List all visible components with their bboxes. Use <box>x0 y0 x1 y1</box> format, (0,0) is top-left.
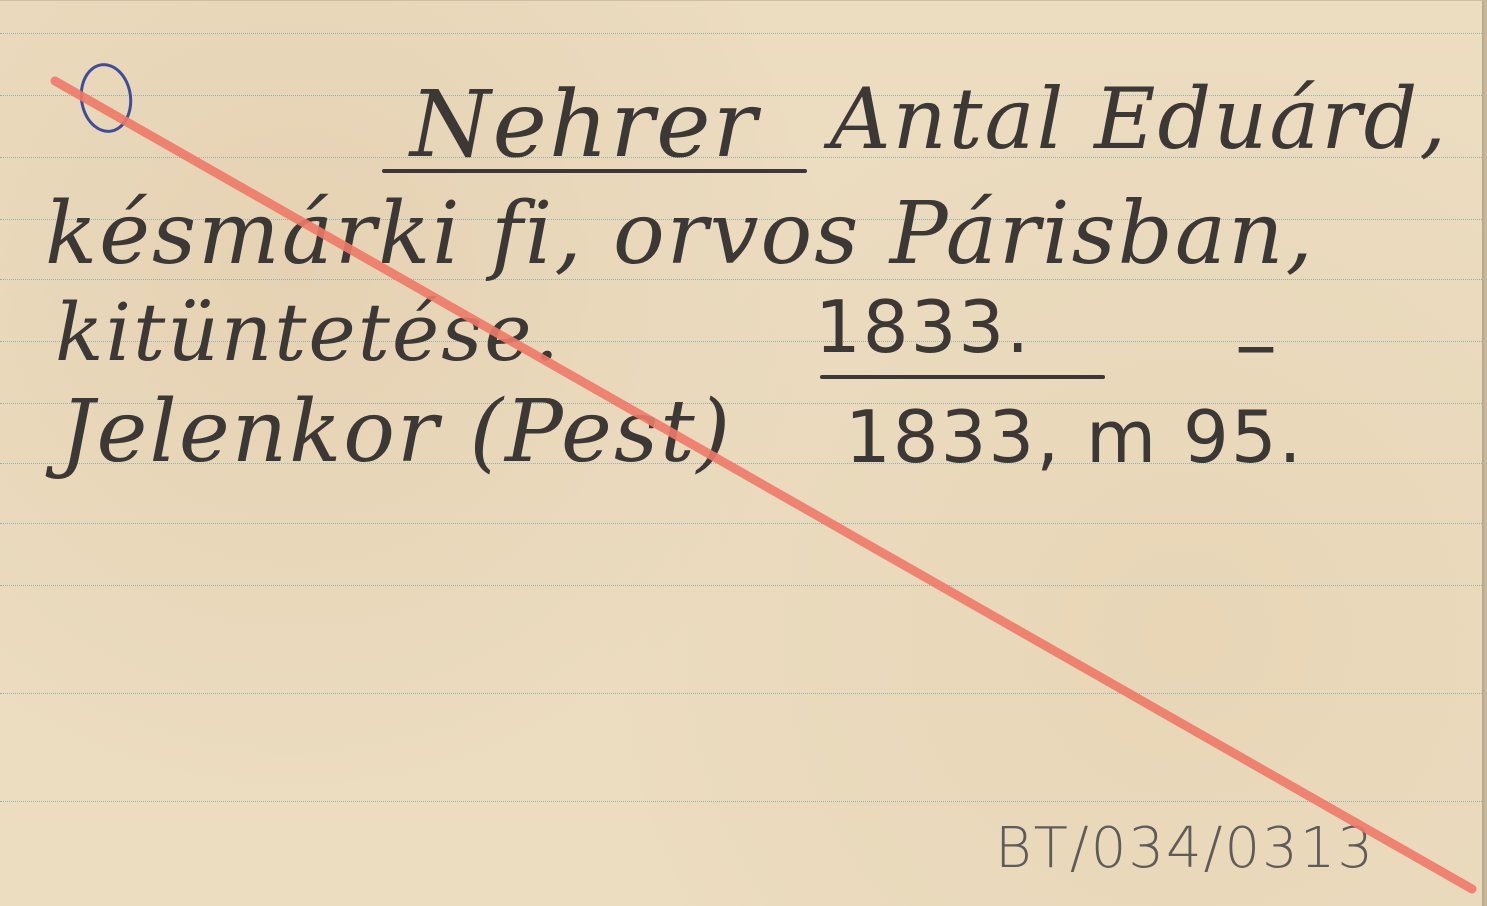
entry-year: 1833. <box>815 291 1031 363</box>
ruled-line <box>0 585 1482 586</box>
ruled-line <box>0 33 1482 34</box>
entry-line-3: kitüntetése. <box>55 293 561 373</box>
catalog-number: BT/034/0313 <box>995 816 1375 881</box>
entry-source: Jelenkor (Pest) <box>60 389 732 475</box>
catalog-card: Nehrer Antal Eduárd, késmárki fi, orvos … <box>0 0 1484 906</box>
ruled-line <box>0 523 1482 524</box>
entry-line-2: késmárki fi, orvos Párisban, <box>45 191 1315 277</box>
surname-underline <box>382 169 807 173</box>
entry-given-names: Antal Eduárd, <box>830 77 1448 161</box>
circle-mark-icon <box>75 60 136 137</box>
ruled-line <box>0 693 1482 694</box>
entry-surname: Nehrer <box>410 79 759 171</box>
entry-citation: 1833, m 95. <box>845 401 1304 473</box>
entry-dash: – <box>1235 301 1279 385</box>
year-underline <box>820 375 1105 379</box>
ruled-line <box>0 801 1482 802</box>
